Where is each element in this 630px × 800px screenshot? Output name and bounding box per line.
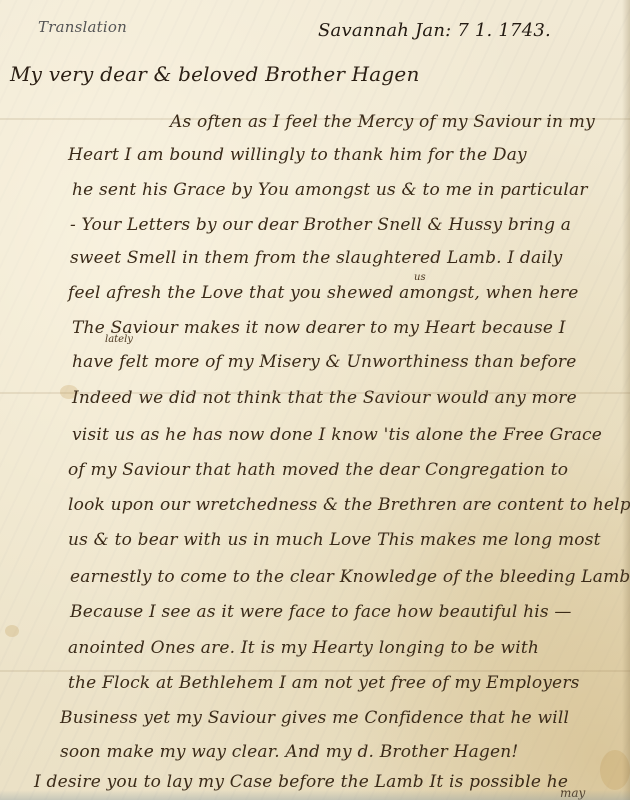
salutation: My very dear & beloved Brother Hagen [10, 62, 420, 86]
letter-line: anointed Ones are. It is my Hearty longi… [68, 638, 539, 658]
letter-line: Business yet my Saviour gives me Confide… [60, 708, 569, 728]
letter-line: of my Saviour that hath moved the dear C… [68, 460, 568, 480]
letter-line: Heart I am bound willingly to thank him … [68, 145, 527, 165]
dateline: Savannah Jan: 7 1. 1743. [318, 20, 551, 41]
letter-line: have felt more of my Misery & Unworthine… [72, 352, 576, 372]
letter-line: Because I see as it were face to face ho… [70, 602, 572, 622]
letter-line: sweet Smell in them from the slaughtered… [70, 248, 562, 268]
letter-line: I desire you to lay my Case before the L… [34, 772, 568, 792]
letter-line: feel afresh the Love that you shewed amo… [68, 283, 579, 303]
letter-line: - Your Letters by our dear Brother Snell… [70, 215, 571, 235]
letter-line: us & to bear with us in much Love This m… [68, 530, 601, 550]
page-bottom-edge [0, 790, 630, 800]
letter-line: The Saviour makes it now dearer to my He… [72, 318, 566, 338]
insertion-us: us [414, 272, 426, 283]
annotation: Translation [38, 18, 127, 36]
letter-line: soon make my way clear. And my d. Brothe… [60, 742, 518, 762]
page-edge [622, 0, 630, 800]
letter-line: Indeed we did not think that the Saviour… [72, 388, 577, 408]
letter-line: the Flock at Bethlehem I am not yet free… [68, 673, 580, 693]
letter-line: earnestly to come to the clear Knowledge… [70, 567, 630, 587]
letter-page: Translation Savannah Jan: 7 1. 1743. My … [0, 0, 630, 800]
letter-line: visit us as he has now done I know 'tis … [72, 425, 602, 445]
letter-line: he sent his Grace by You amongst us & to… [72, 180, 588, 200]
paper-fold [0, 670, 630, 672]
letter-line: As often as I feel the Mercy of my Savio… [170, 112, 595, 132]
letter-line: look upon our wretchedness & the Brethre… [68, 495, 630, 515]
paper-stain [5, 625, 19, 637]
insertion-lately: lately [105, 334, 133, 345]
